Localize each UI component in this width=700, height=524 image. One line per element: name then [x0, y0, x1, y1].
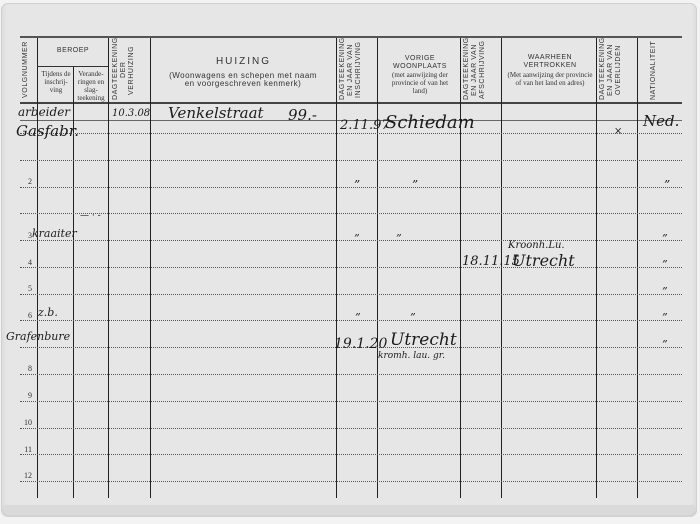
ditto-woonplaats-2: ” [412, 178, 418, 192]
ditto-nationaliteit-2: ” [664, 178, 670, 192]
ditto-nationaliteit-6: ” [662, 311, 668, 324]
entry-huizing-number-1: 99.- [288, 106, 317, 124]
entry-woonplaats-note-7: kromh. lau. gr. [378, 351, 445, 361]
row-number: 8 [18, 364, 32, 373]
header-dagteekening-overlijden: DAGTEEKENING EN JAAR VAN OVERLIJDEN [599, 40, 635, 100]
row-line [20, 133, 682, 134]
row-line [20, 240, 682, 241]
row-line [20, 187, 682, 188]
entry-beroep-3: kraaiter [32, 227, 77, 240]
row-line [20, 428, 682, 429]
row-number: 4 [18, 258, 32, 267]
header-beroep-veranderingen: Verande- ringen en slag- teekening [74, 70, 108, 102]
row-line [20, 294, 682, 295]
row-line [20, 320, 682, 321]
col-line-4 [150, 38, 151, 498]
ditto-nationaliteit-7: ” [662, 338, 668, 351]
ditto-nationaliteit-4: ” [662, 258, 668, 271]
beroep-divider [37, 66, 108, 67]
entry-huizing-1: Venkelstraat [168, 104, 264, 122]
row-number: 5 [18, 284, 32, 293]
row-number: 2 [18, 177, 32, 186]
entry-inschrijving-7: 19.1.20 [334, 336, 387, 352]
entry-nationaliteit-1: Ned. [643, 112, 679, 130]
header-waarheen-vertrokken-sub: (Met aanwijzing der provincie of van het… [506, 71, 594, 87]
card-bottom-edge [4, 505, 694, 515]
row-number: 3 [18, 231, 32, 240]
header-huizing: HUIZING [151, 58, 336, 66]
header-beroep-tijdens: Tijdens de inschrij- ving [40, 70, 72, 94]
col-line-5 [336, 38, 337, 498]
ditto-woonplaats-3: ” [396, 232, 402, 245]
entry-beroep-dash-3: — · - [80, 211, 101, 221]
header-bottom-rule [20, 102, 682, 104]
header-vorige-woonplaats: VORIGE WOONPLAATS [385, 55, 455, 71]
row-line [20, 481, 682, 482]
ditto-nationaliteit-5: ” [662, 285, 668, 298]
row-line [20, 213, 682, 214]
row-line [20, 401, 682, 402]
row-line [20, 374, 682, 375]
header-dagteekening-verhuizing: DAGTEEKENING DER VERHUIZING [112, 40, 146, 100]
row-line [20, 267, 682, 268]
col-line-9 [596, 38, 597, 498]
header-nationaliteit: NATIONALITEIT [650, 40, 664, 100]
col-line-3 [108, 38, 109, 498]
entry-beroep-1b: Gasfabr. [16, 122, 79, 140]
ditto-nationaliteit-3: ” [662, 232, 668, 245]
col-line-10 [637, 38, 638, 498]
header-dagteekening-inschrijving: DAGTEEKENING EN JAAR VAN INSCHRIJVING [339, 40, 375, 100]
entry-verhuizing-date-1: 10.3.08 [112, 108, 150, 119]
entry-beroep-7: Grafenbure [6, 330, 70, 343]
entry-vorige-woonplaats-1: Schiedam [385, 112, 475, 133]
row-number: 9 [18, 391, 32, 400]
header-waarheen-vertrokken: WAARHEEN VERTROKKEN [506, 54, 594, 70]
header-dagteekening-afschrijving: DAGTEEKENING EN JAAR VAN AFSCHRIJVING [463, 40, 499, 100]
ditto-woonplaats-6: ” [410, 311, 416, 324]
ditto-inschrijving-6: ” [355, 311, 361, 324]
header-top-rule [20, 36, 682, 38]
row-number: 12 [18, 471, 32, 480]
header-huizing-sub: (Woonwagens en schepen met naam en voorg… [168, 72, 318, 88]
row-number: 11 [18, 445, 32, 454]
entry-beroep-1a: arbeider [18, 105, 70, 119]
entry-inschrijving-1: 2.11.97 [340, 118, 390, 133]
entry-vertrokken-4a: Kroonh.Lu. [508, 240, 565, 251]
entry-beroep-6: z.b. [38, 306, 58, 319]
header-beroep: BEROEP [38, 47, 108, 55]
header-volgnummer: VOLGNUMMER [22, 40, 36, 100]
entry-vertrokken-4b: Utrecht [512, 251, 575, 270]
row-number: 10 [18, 418, 32, 427]
row-number: 6 [18, 311, 32, 320]
ditto-inschrijving-2: ” [354, 178, 360, 192]
col-line-6 [377, 38, 378, 498]
row-line [20, 160, 682, 161]
header-vorige-woonplaats-sub: (met aanwijzing der provincie of van het… [385, 71, 455, 95]
entry-vorige-woonplaats-7: Utrecht [390, 330, 457, 350]
col-line-7 [460, 38, 461, 498]
ditto-inschrijving-3: ” [354, 232, 360, 245]
row-line [20, 454, 682, 455]
entry-overlijden-mark-1: × [614, 126, 622, 137]
